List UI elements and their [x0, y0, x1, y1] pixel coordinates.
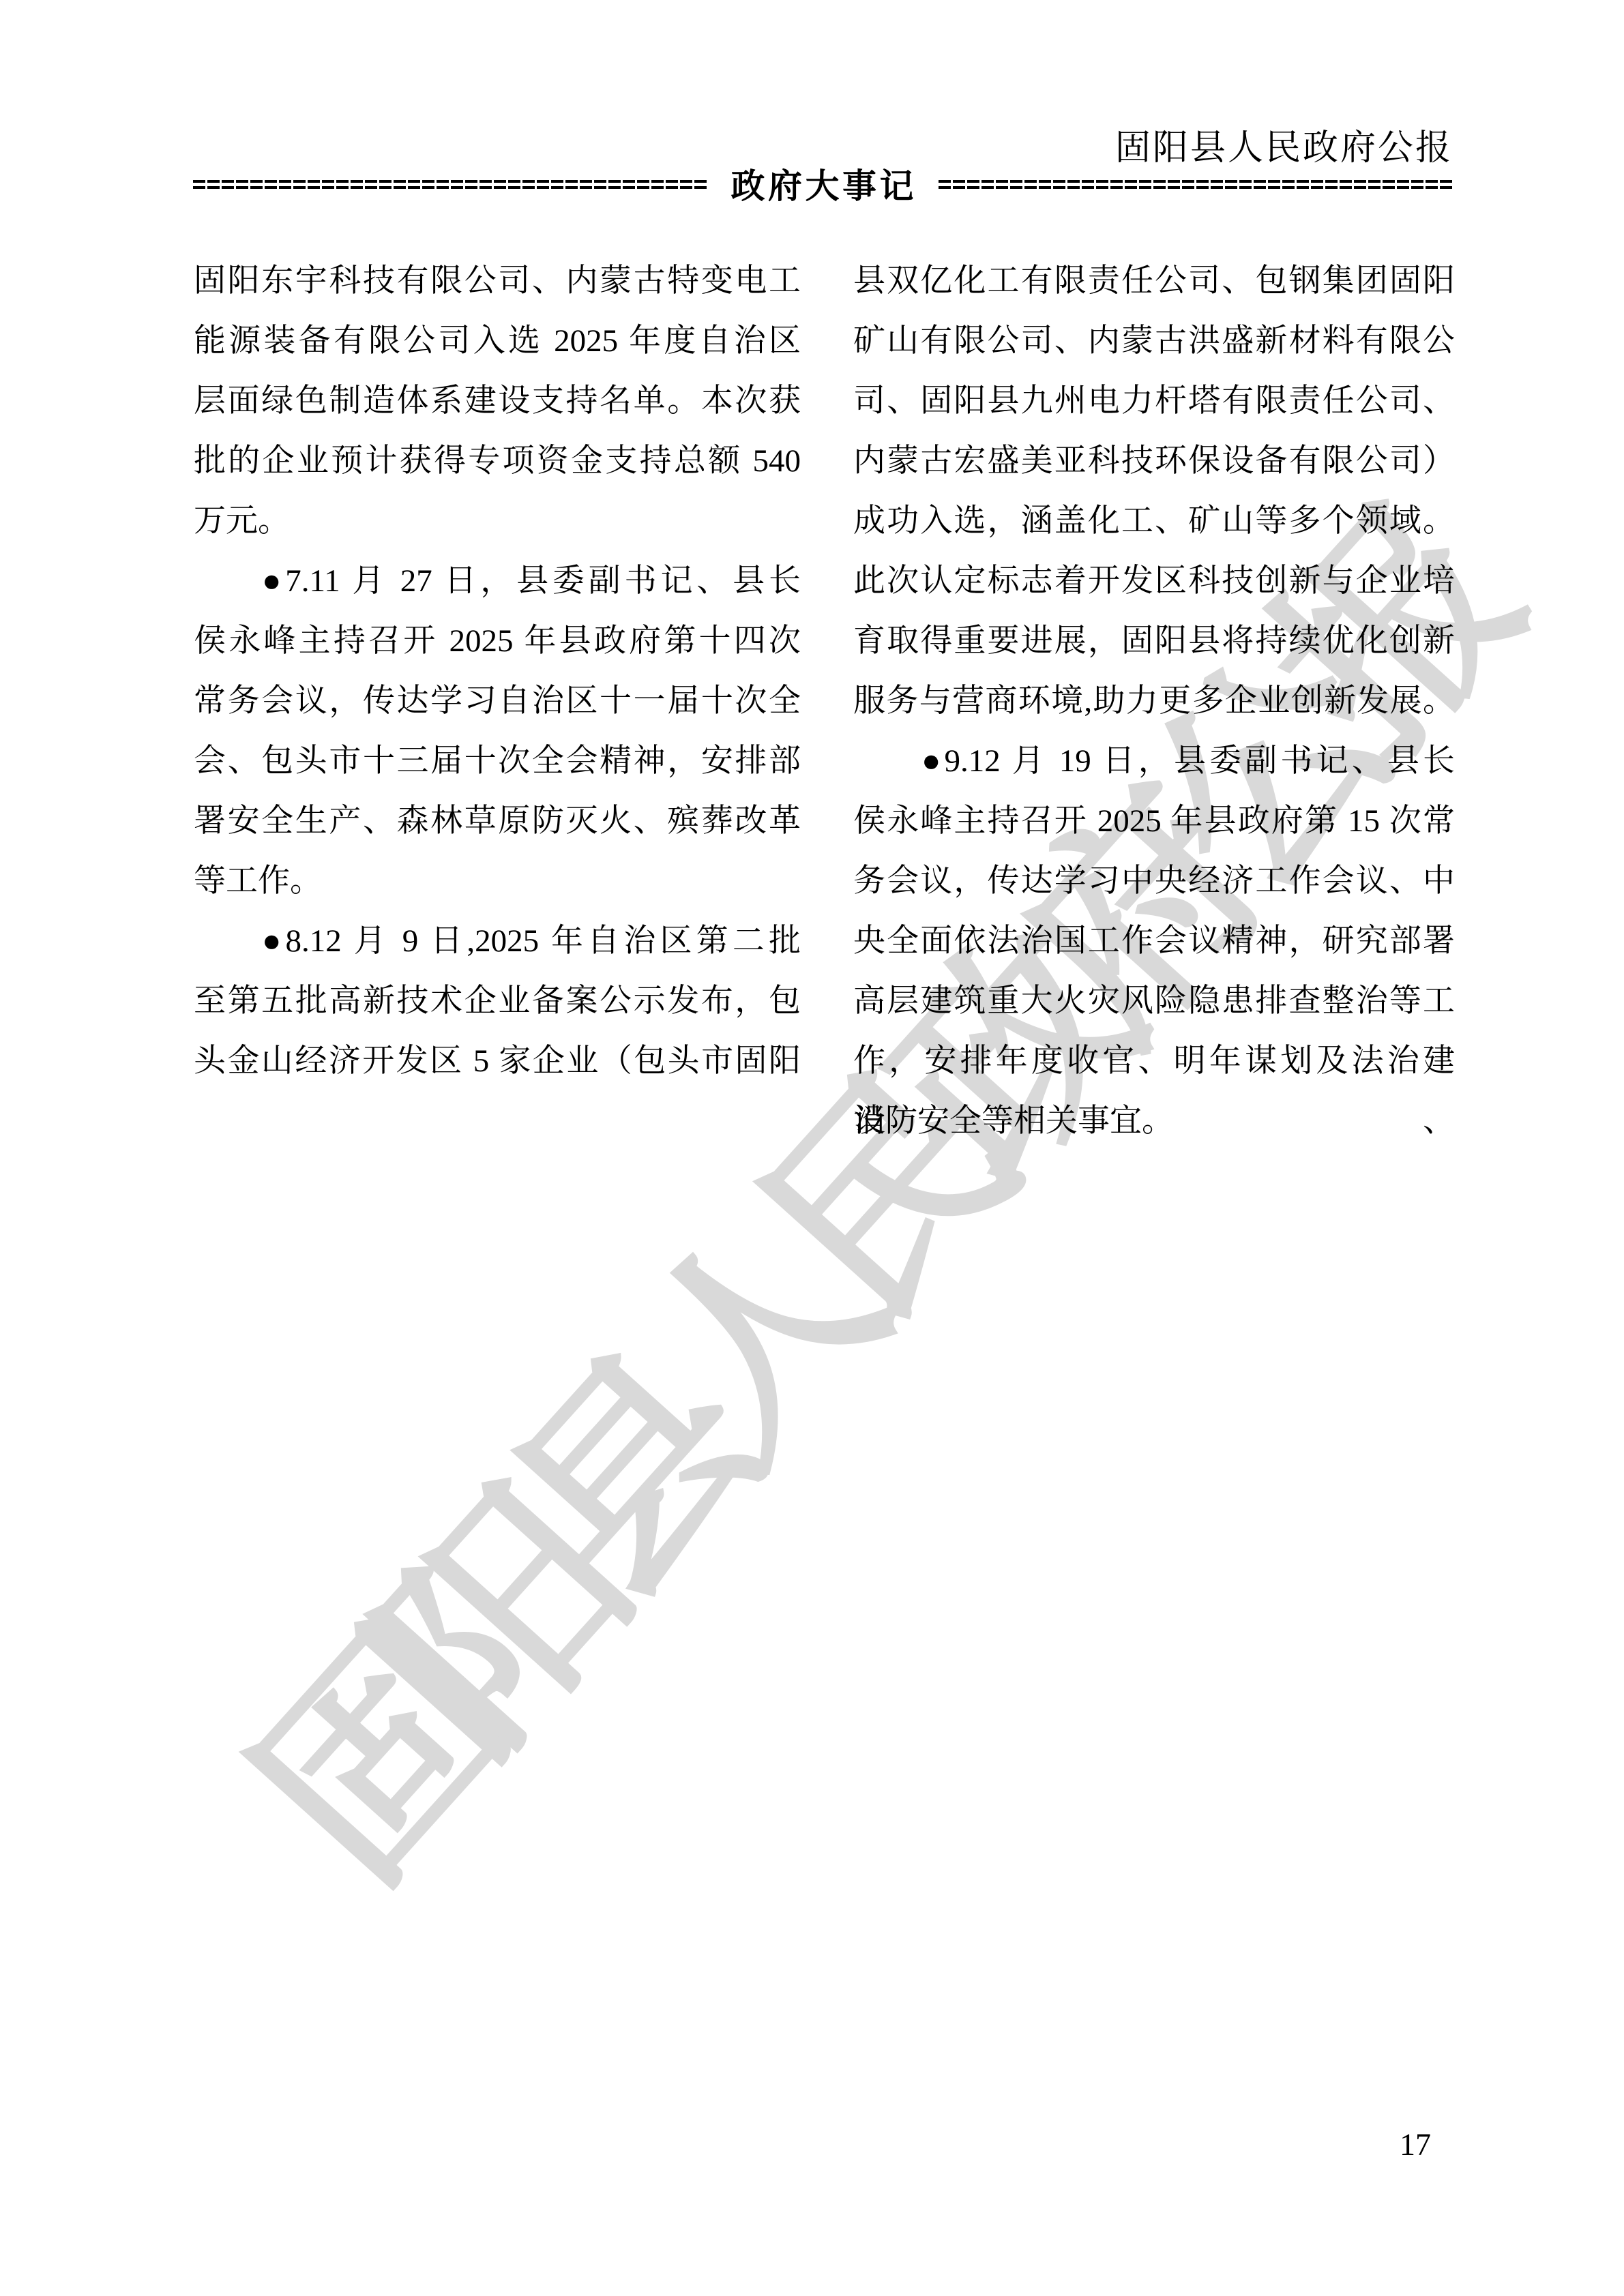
- double-rule-left: [193, 180, 708, 189]
- text-line: 固阳东宇科技有限公司、内蒙古特变电工: [194, 251, 801, 311]
- text-line: ●8.12 月 9 日,2025 年自治区第二批: [194, 911, 801, 971]
- text-line: 常务会议，传达学习自治区十一届十次全: [194, 671, 801, 731]
- text-line: 高层建筑重大火灾风险隐患排查整治等工: [853, 971, 1455, 1031]
- right-column: 县双亿化工有限责任公司、包钢集团固阳矿山有限公司、内蒙古洪盛新材料有限公司、固阳…: [853, 251, 1455, 1151]
- text-line: 署安全生产、森林草原防灭火、殡葬改革: [194, 791, 801, 851]
- text-line: 等工作。: [194, 851, 801, 911]
- text-line: 央全面依法治国工作会议精神，研究部署: [853, 911, 1455, 971]
- left-column: 固阳东宇科技有限公司、内蒙古特变电工能源装备有限公司入选 2025 年度自治区层…: [194, 251, 801, 1091]
- text-line: 司、固阳县九州电力杆塔有限责任公司、: [853, 371, 1455, 431]
- text-line: ●7.11 月 27 日，县委副书记、县长: [194, 551, 801, 611]
- text-line: 会、包头市十三届十次全会精神，安排部: [194, 731, 801, 791]
- section-header: 政 府 大 事 记: [193, 160, 1453, 209]
- text-line: ●9.12 月 19 日，县委副书记、县长: [853, 731, 1455, 791]
- text-line: 层面绿色制造体系建设支持名单。本次获: [194, 371, 801, 431]
- text-line: 务会议，传达学习中央经济工作会议、中: [853, 851, 1455, 911]
- text-line: 能源装备有限公司入选 2025 年度自治区: [194, 311, 801, 371]
- text-line: 万元。: [194, 491, 801, 551]
- text-line: 作，安排年度收官、明年谋划及法治建设、: [853, 1031, 1455, 1091]
- text-line: 批的企业预计获得专项资金支持总额 540: [194, 431, 801, 491]
- text-line: 成功入选，涵盖化工、矿山等多个领域。: [853, 491, 1455, 551]
- double-rule-right: [939, 180, 1453, 189]
- text-line: 侯永峰主持召开 2025 年县政府第 15 次常: [853, 791, 1455, 851]
- text-line: 县双亿化工有限责任公司、包钢集团固阳: [853, 251, 1455, 311]
- text-line: 此次认定标志着开发区科技创新与企业培: [853, 551, 1455, 611]
- gazette-page: 固阳县人民政府公报 固阳县人民政府公报 政 府 大 事 记 固阳东宇科技有限公司…: [0, 0, 1624, 2296]
- text-line: 内蒙古宏盛美亚科技环保设备有限公司）: [853, 431, 1455, 491]
- text-line: 头金山经济开发区 5 家企业（包头市固阳: [194, 1031, 801, 1091]
- page-number: 17: [1391, 2126, 1439, 2162]
- text-line: 矿山有限公司、内蒙古洪盛新材料有限公: [853, 311, 1455, 371]
- section-title: 政 府 大 事 记: [731, 159, 915, 208]
- text-line: 至第五批高新技术企业备案公示发布，包: [194, 971, 801, 1031]
- text-line: 服务与营商环境,助力更多企业创新发展。: [853, 671, 1455, 731]
- text-line: 侯永峰主持召开 2025 年县政府第十四次: [194, 611, 801, 671]
- text-line: 育取得重要进展，固阳县将持续优化创新: [853, 611, 1455, 671]
